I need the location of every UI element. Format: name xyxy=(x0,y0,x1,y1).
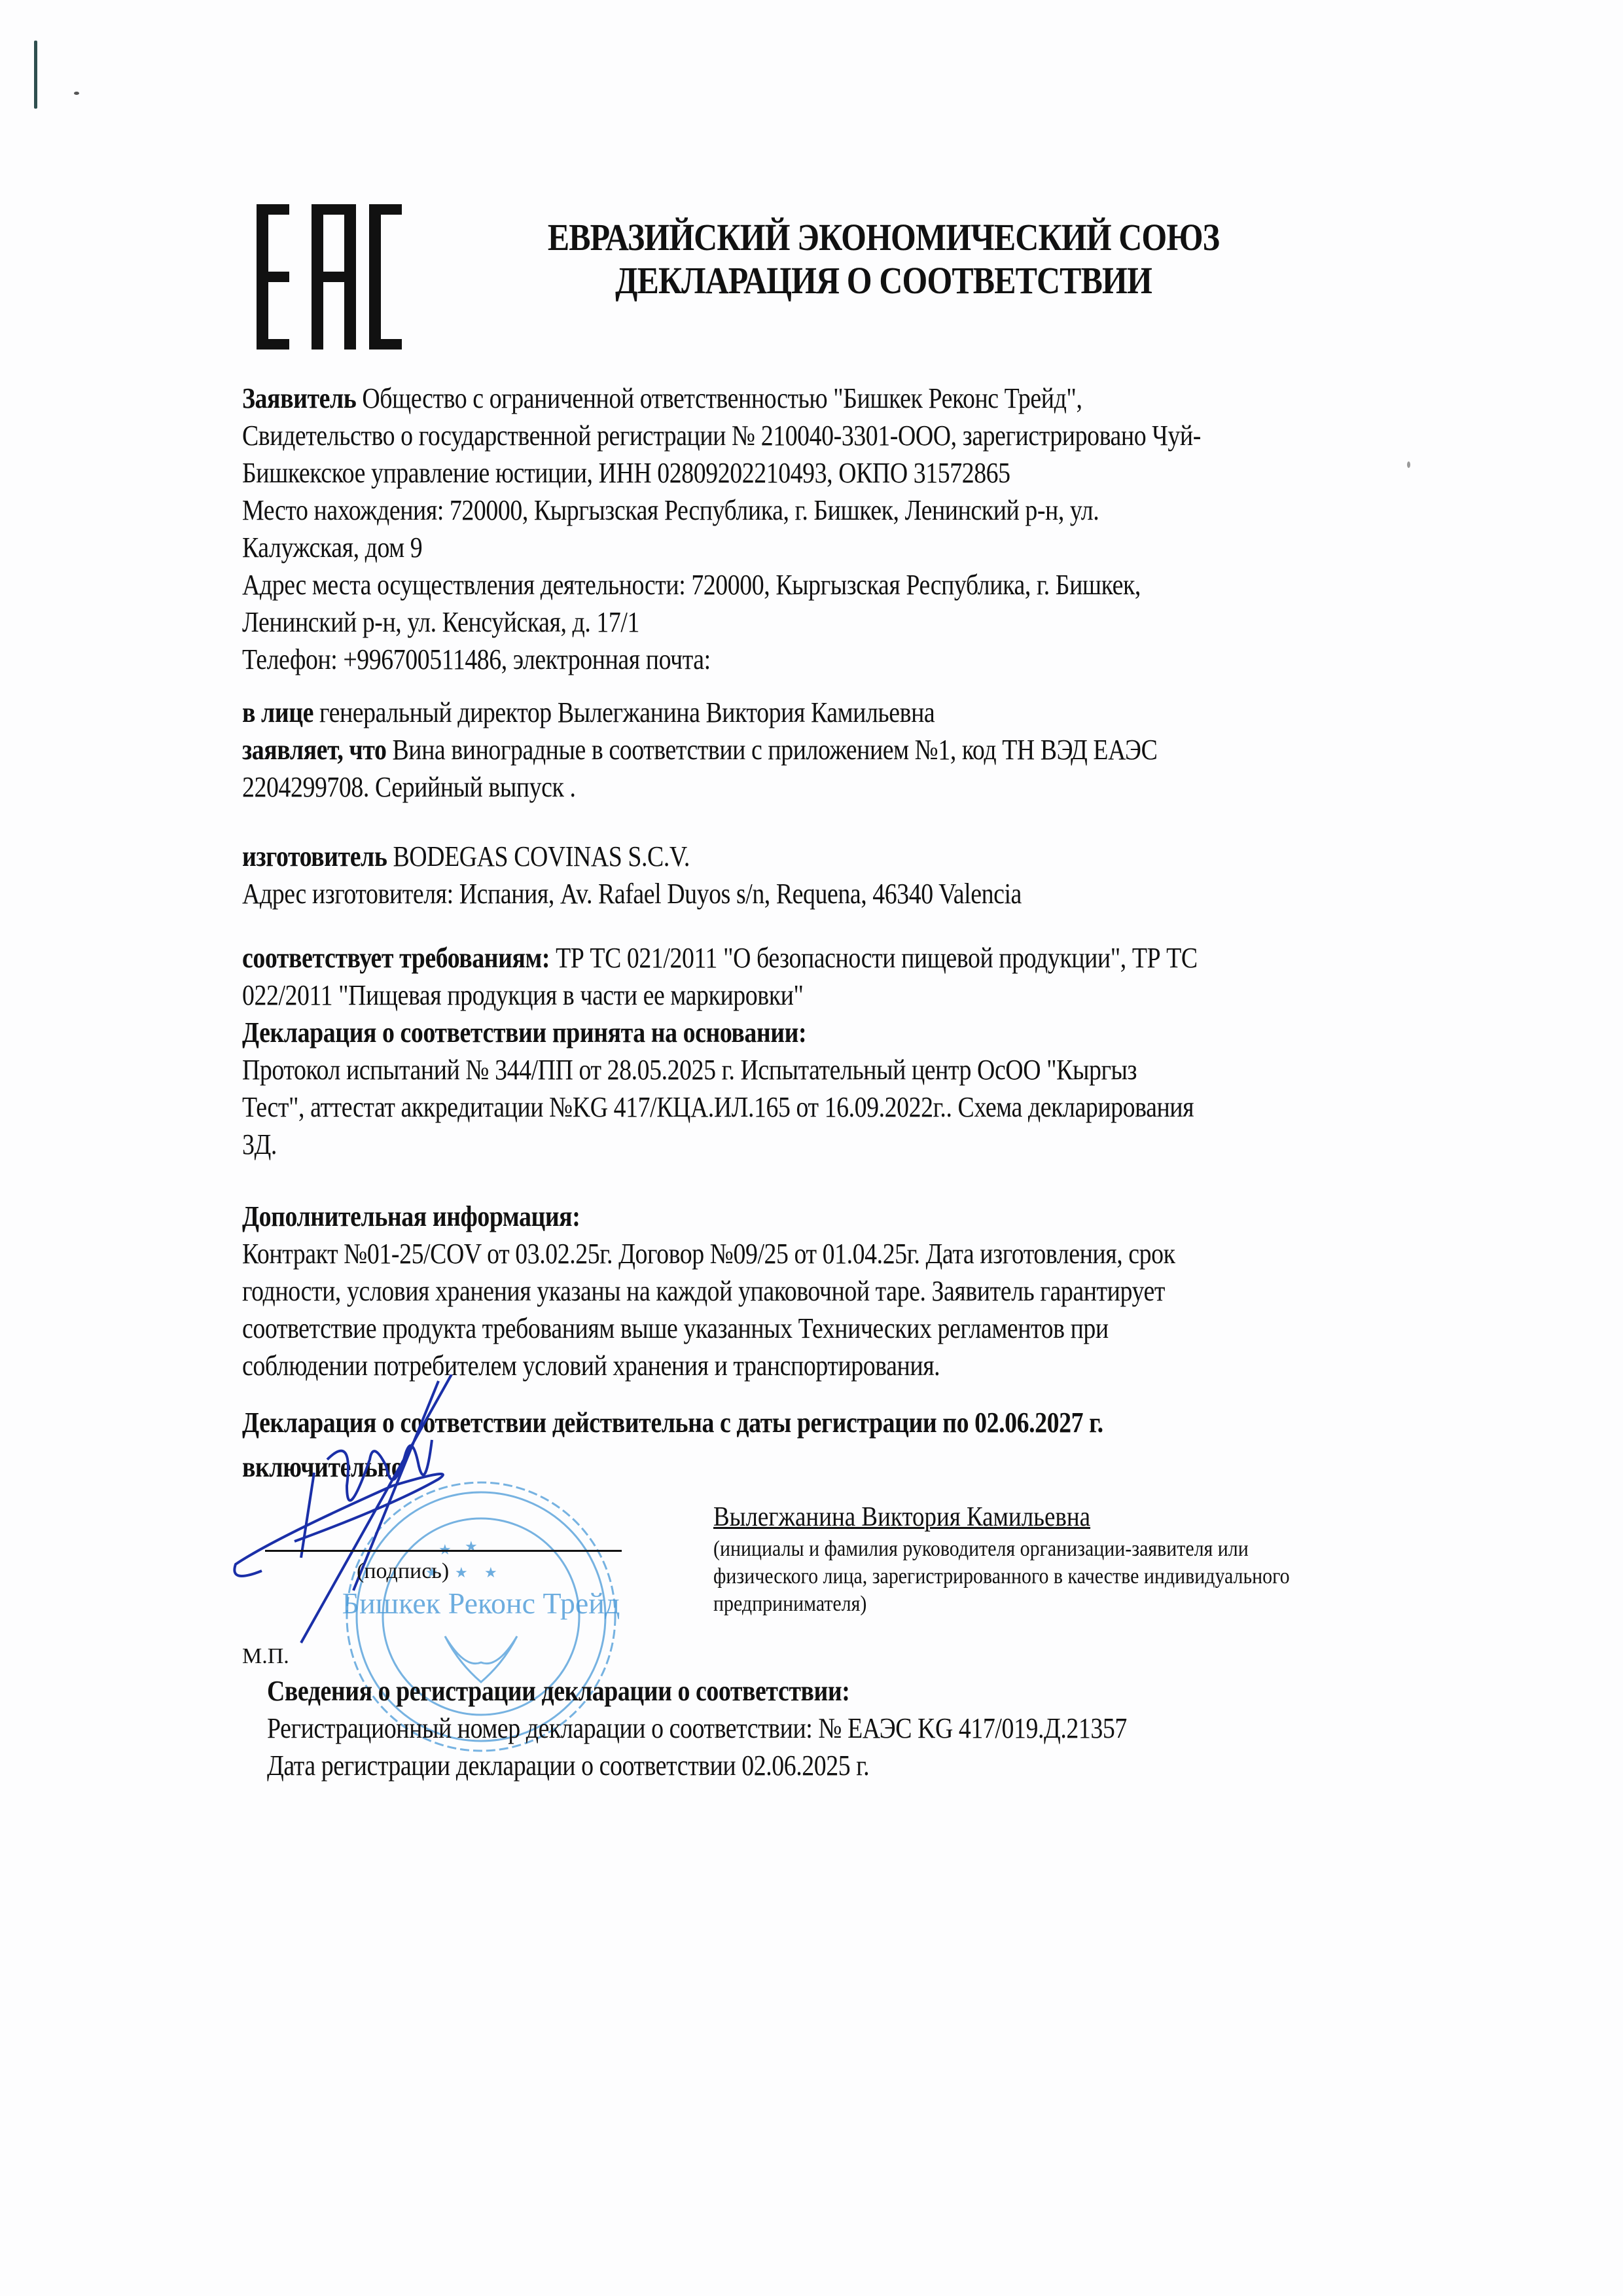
document-title: ЕВРАЗИЙСКИЙ ЭКОНОМИЧЕСКИЙ СОЮЗ ДЕКЛАРАЦИ… xyxy=(518,216,1249,302)
scan-speck xyxy=(74,92,79,95)
declaration-label: заявляет, что xyxy=(242,734,386,766)
signer-block: Вылегжанина Виктория Камильевна (инициал… xyxy=(713,1499,1472,1618)
manufacturer-section: изготовитель BODEGAS COVINAS S.C.V. Адре… xyxy=(242,838,1459,912)
signature-icon xyxy=(223,1374,524,1649)
declaration-product-2: 2204299708. Серийный выпуск . xyxy=(242,768,1289,806)
additional-info-line: соответствие продукта требованиям выше у… xyxy=(242,1310,1289,1347)
signer-caption-line: физического лица, зарегистрированного в … xyxy=(713,1563,1462,1590)
additional-info-section: Дополнительная информация: Контракт №01-… xyxy=(242,1198,1459,1384)
signer-caption-line: (инициалы и фамилия руководителя организ… xyxy=(713,1535,1462,1563)
applicant-reg-line-2: Бишкекское управление юстиции, ИНН 02809… xyxy=(242,454,1289,492)
additional-info-line: Контракт №01-25/COV от 03.02.25г. Догово… xyxy=(242,1235,1289,1272)
title-line-2: ДЕКЛАРАЦИЯ О СООТВЕТСТВИИ xyxy=(518,259,1249,302)
signer-name: Вылегжанина Виктория Камильевна xyxy=(713,1499,1090,1535)
compliance-section: соответствует требованиям: ТР ТС 021/201… xyxy=(242,939,1459,1163)
basis-line: Тест", аттестат аккредитации №KG 417/КЦА… xyxy=(242,1088,1289,1126)
stamp-mark-label: М.П. xyxy=(242,1643,289,1670)
applicant-label: Заявитель xyxy=(242,382,356,414)
additional-info-label: Дополнительная информация: xyxy=(242,1198,1289,1235)
applicant-activity-address-2: Ленинский р-н, ул. Кенсуйская, д. 17/1 xyxy=(242,603,1289,641)
title-line-1: ЕВРАЗИЙСКИЙ ЭКОНОМИЧЕСКИЙ СОЮЗ xyxy=(518,216,1249,259)
eac-logo: EAC xyxy=(257,204,402,350)
signer-caption-line: предпринимателя) xyxy=(713,1590,1462,1618)
manufacturer-label: изготовитель xyxy=(242,840,387,872)
declaration-product: Вина виноградные в соответствии с прилож… xyxy=(386,734,1157,766)
registration-label: Сведения о регистрации декларации о соот… xyxy=(267,1672,1314,1710)
basis-label: Декларация о соответствии принята на осн… xyxy=(242,1014,1289,1051)
applicant-name: Общество с ограниченной ответственностью… xyxy=(356,382,1082,414)
applicant-activity-address: Адрес места осуществления деятельности: … xyxy=(242,566,1289,603)
representative-label: в лице xyxy=(242,696,313,728)
applicant-contacts: Телефон: +996700511486, электронная почт… xyxy=(242,641,1289,678)
additional-info-line: годности, условия хранения указаны на ка… xyxy=(242,1272,1289,1310)
signature-caption: (подпись) xyxy=(357,1558,449,1585)
basis-line: 3Д. xyxy=(242,1126,1289,1163)
applicant-location-2: Калужская, дом 9 xyxy=(242,529,1289,566)
manufacturer-name: BODEGAS COVINAS S.C.V. xyxy=(387,840,690,872)
basis-line: Протокол испытаний № 344/ПП от 28.05.202… xyxy=(242,1051,1289,1088)
applicant-reg-line: Свидетельство о государственной регистра… xyxy=(242,417,1289,454)
registration-date: Дата регистрации декларации о соответств… xyxy=(267,1747,1314,1784)
applicant-location: Место нахождения: 720000, Кыргызская Рес… xyxy=(242,492,1289,529)
registration-section: Сведения о регистрации декларации о соот… xyxy=(267,1672,1484,1784)
representative-section: в лице генеральный директор Вылегжанина … xyxy=(242,694,1459,806)
scan-artifact-bar xyxy=(34,41,37,109)
compliance-text-2: 022/2011 "Пищевая продукция в части ее м… xyxy=(242,977,1289,1014)
applicant-section: Заявитель Общество с ограниченной ответс… xyxy=(242,380,1459,678)
manufacturer-address: Адрес изготовителя: Испания, Av. Rafael … xyxy=(242,875,1289,912)
signature-line xyxy=(265,1550,622,1552)
representative-text: генеральный директор Вылегжанина Виктори… xyxy=(313,696,935,728)
registration-number: Регистрационный номер декларации о соотв… xyxy=(267,1710,1314,1747)
compliance-label: соответствует требованиям: xyxy=(242,942,550,974)
compliance-text: ТР ТС 021/2011 "О безопасности пищевой п… xyxy=(550,942,1198,974)
